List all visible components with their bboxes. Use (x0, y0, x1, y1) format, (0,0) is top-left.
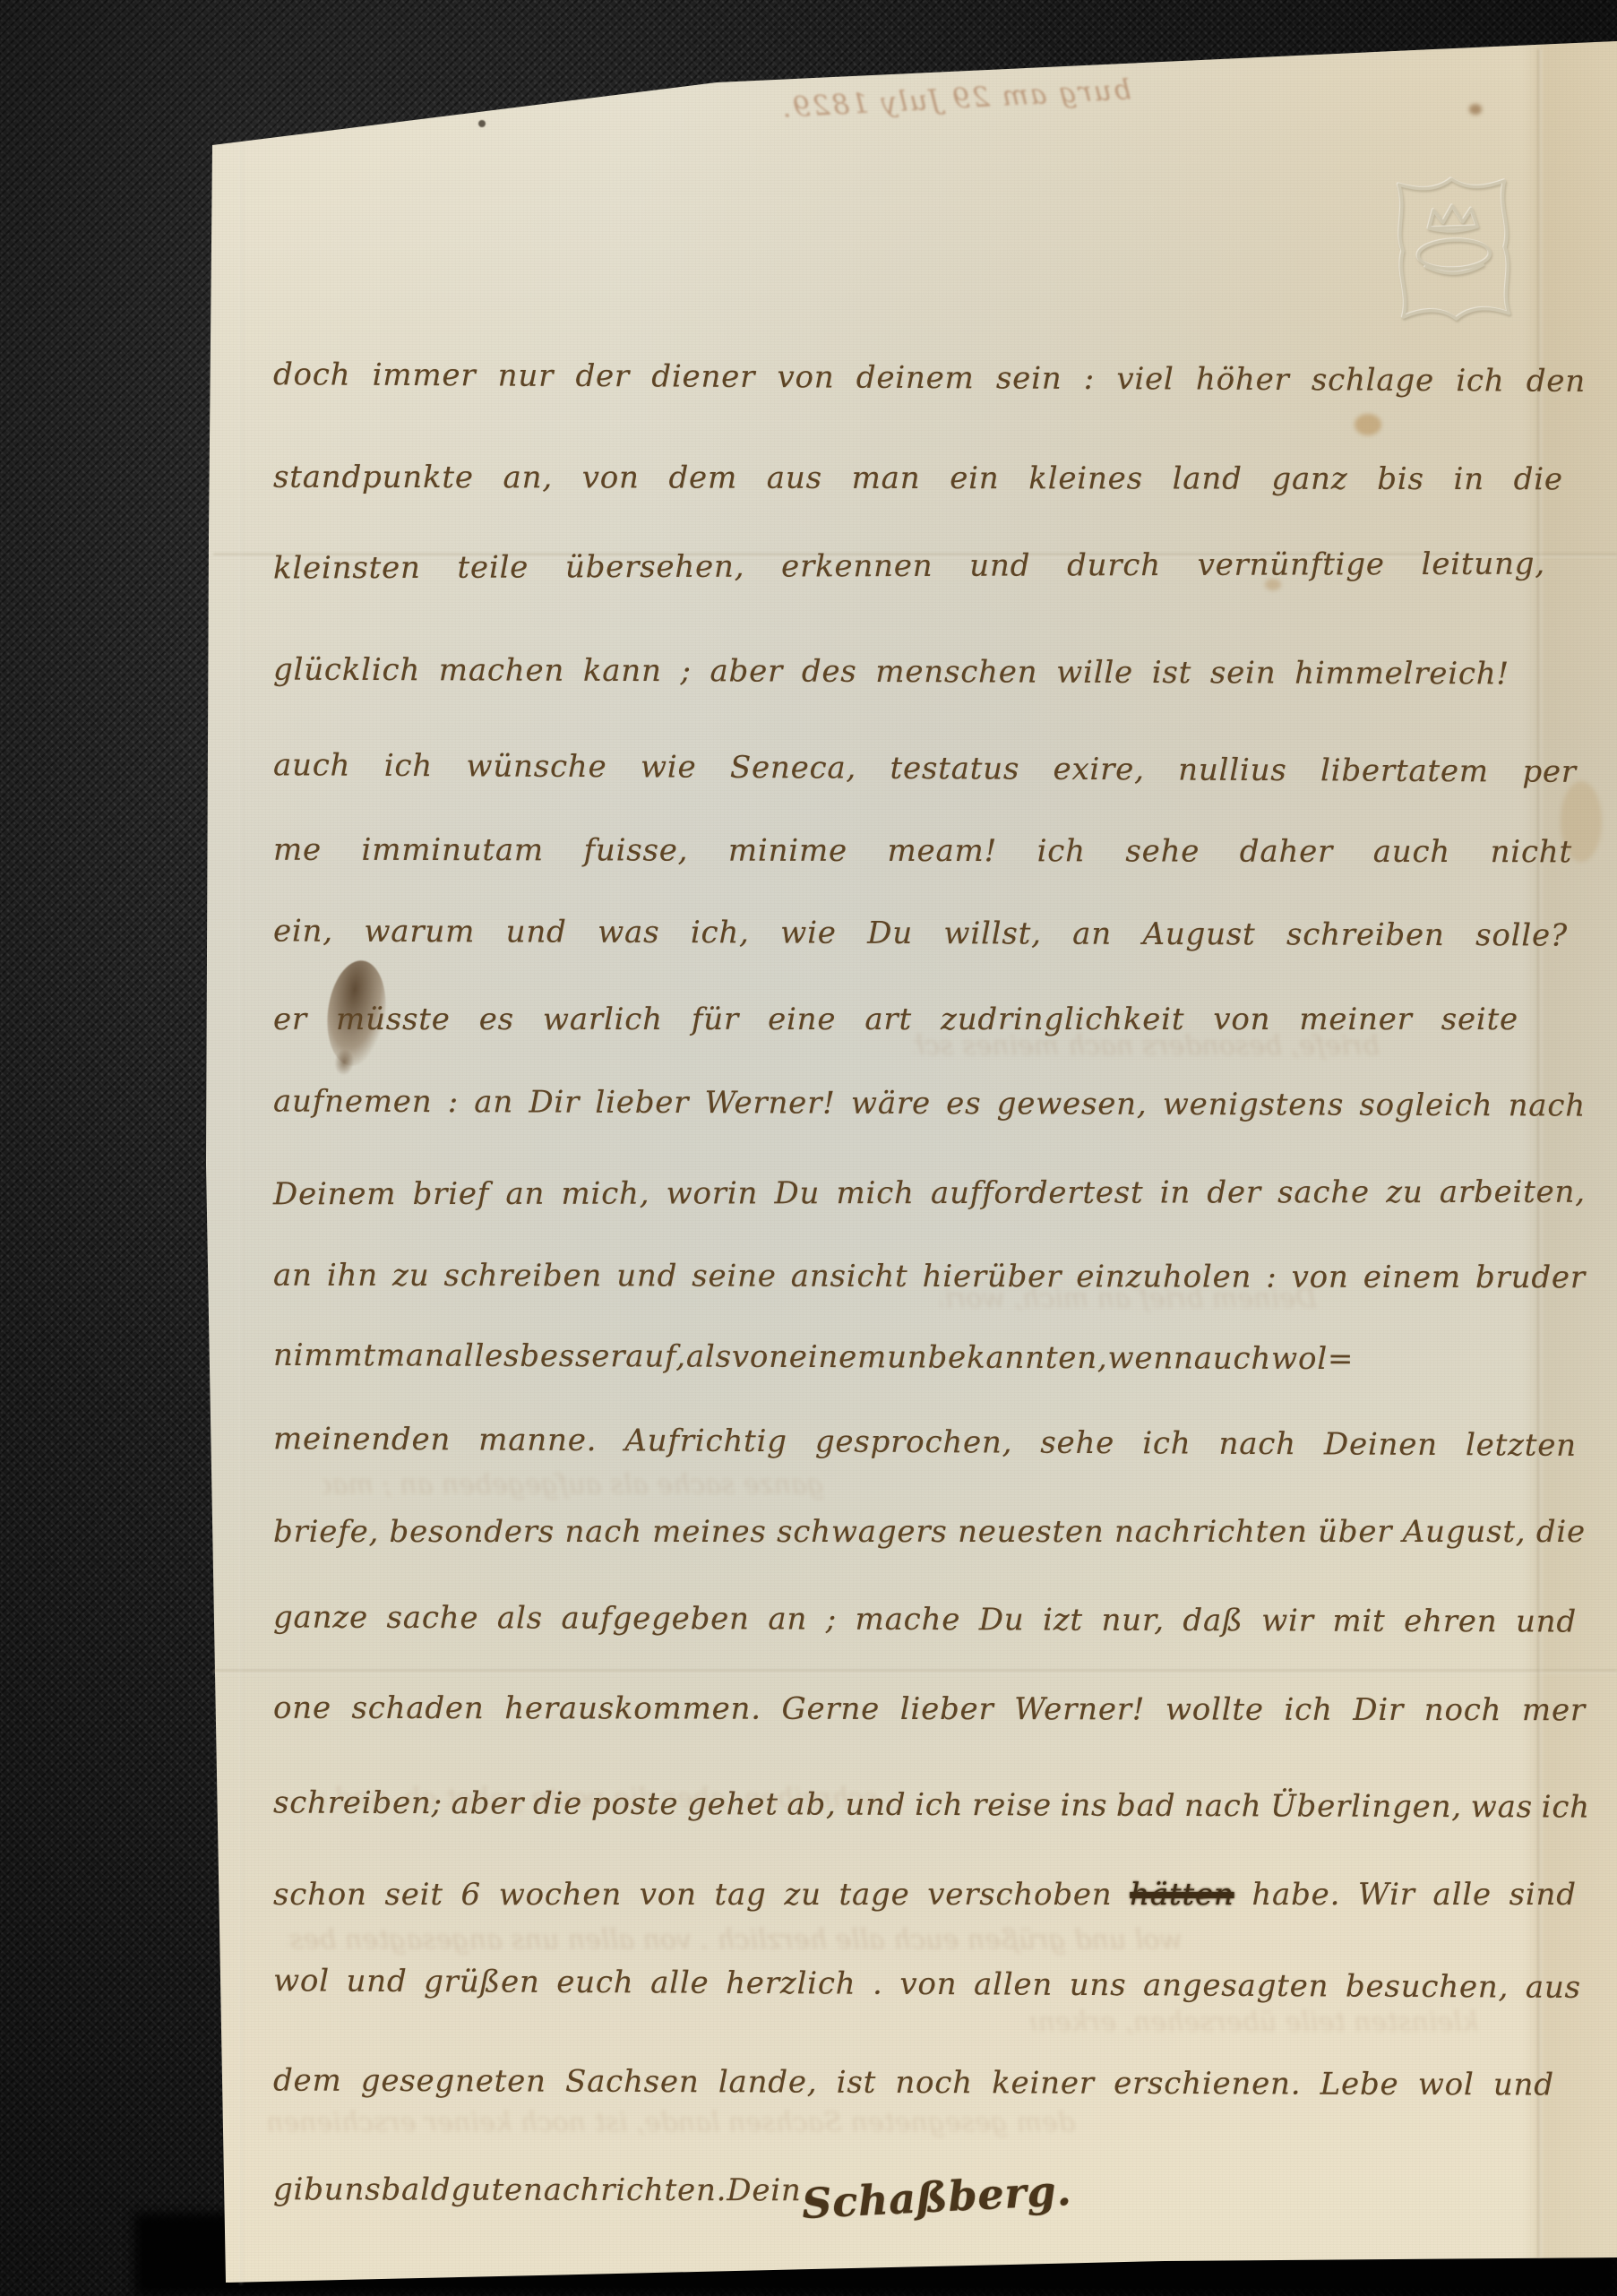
handwriting-line-11: anihnzuschreibenundseineansichthierübere… (273, 1258, 1586, 1296)
handwriting-line-20: demgesegnetenSachsenlande,istnochkeinere… (273, 2063, 1554, 2103)
handwriting-line-3: kleinstenteileübersehen,erkennenunddurch… (273, 546, 1545, 587)
handwriting-line-10: Deinembriefanmich,worinDumichaufforderte… (273, 1174, 1586, 1213)
handwriting-line-21: gibunsbaldgutenachrichten.DeinSchaßberg. (273, 2171, 1035, 2221)
handwriting-line-7: ein,warumundwasich,wieDuwillst,anAugusts… (273, 913, 1568, 953)
letter-body: dochimmernurderdienervondeinemsein:vielh… (0, 0, 1617, 2296)
handwriting-line-1: dochimmernurderdienervondeinemsein:vielh… (273, 357, 1586, 400)
handwriting-line-17: schreiben;aberdiepostegehetab,undichreis… (273, 1784, 1590, 1825)
handwriting-line-12: nimmtmanallesbesserauf,alsvoneinemunbeka… (273, 1337, 1344, 1377)
handwriting-line-5: auchichwünschewieSeneca,testatusexire,nu… (273, 747, 1577, 790)
handwriting-line-9: aufnemen:anDirlieberWerner!wäreesgewesen… (273, 1083, 1586, 1123)
handwriting-line-2: standpunktean,vondemausmaneinkleinesland… (273, 460, 1563, 498)
handwriting-line-13: meinendenmanne.Aufrichtiggesprochen,sehe… (273, 1421, 1577, 1464)
photograph-of-letter: burg am 29 July 1829. briefe, besonders … (0, 0, 1617, 2296)
handwriting-line-8: ermüssteeswarlichfüreineartzudringlichke… (273, 1002, 1518, 1037)
handwriting-line-19: wolundgrüßeneuchalleherzlich.vonallenuns… (273, 1963, 1581, 2006)
handwriting-line-4: glücklichmachenkann;aberdesmenschenwille… (273, 652, 1509, 692)
handwriting-line-6: meimminutamfuisse,minimemeam!ichsehedahe… (273, 832, 1572, 871)
handwriting-line-18: schonseit6wochenvontagzutageverschobenhä… (273, 1877, 1577, 1913)
handwriting-line-14: briefe,besondersnachmeinesschwagersneues… (273, 1514, 1586, 1550)
handwriting-line-15: ganzesachealsaufgegebenan;macheDuiztnur,… (273, 1599, 1577, 1639)
handwriting-line-16: oneschadenherauskommen.GernelieberWerner… (273, 1690, 1586, 1729)
signature: Schaßberg. (800, 2166, 1072, 2228)
